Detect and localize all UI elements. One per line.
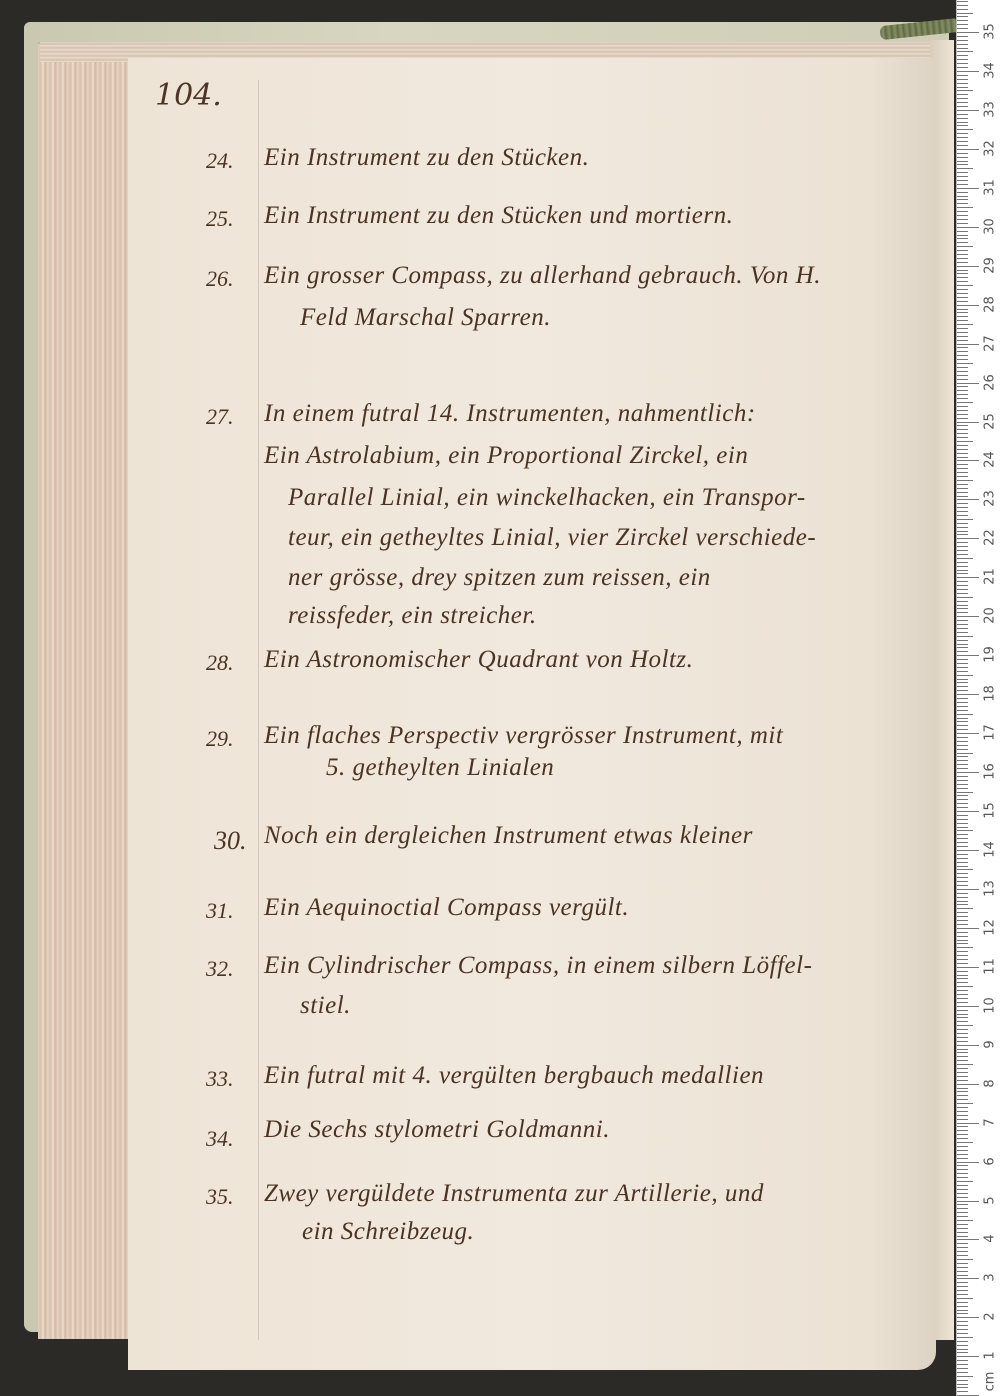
ruler-tick [957, 850, 979, 851]
ruler-tick [957, 133, 968, 134]
ruler-tick [957, 1197, 968, 1198]
ruler-tick [957, 1049, 968, 1050]
ruler-cm-label: 7 [983, 1111, 998, 1133]
ruler-tick [957, 1290, 968, 1291]
ruler-tick [957, 963, 968, 964]
ruler-tick [957, 137, 968, 138]
ruler-tick [957, 246, 973, 247]
entry-number: 35. [206, 1184, 234, 1210]
ruler-tick [957, 612, 968, 613]
ruler-tick [957, 149, 979, 150]
ruler-tick [957, 807, 968, 808]
ruler-tick [957, 1017, 968, 1018]
ruler-tick [957, 90, 973, 91]
ruler-tick [957, 94, 968, 95]
ruler-tick [957, 881, 968, 882]
ruler-tick [957, 1006, 979, 1007]
ruler-cm-label: 24 [983, 449, 998, 471]
ruler-tick [957, 429, 968, 430]
ruler-tick [957, 1099, 968, 1100]
ruler-tick [957, 355, 968, 356]
ruler-tick [957, 616, 979, 617]
ruler-tick [957, 1243, 968, 1244]
ruler-tick [957, 1364, 968, 1365]
ruler-tick [957, 710, 968, 711]
ruler-cm-label: 4 [983, 1228, 998, 1250]
entry-line: 5. getheylten Linialen [326, 754, 554, 782]
ruler-tick [957, 1119, 968, 1120]
ruler-tick [957, 566, 968, 567]
ruler-tick [957, 651, 968, 652]
ruler-cm-label: 13 [983, 877, 998, 899]
entry-number: 34. [206, 1126, 234, 1152]
ruler-tick [957, 959, 968, 960]
ruler-tick [957, 1255, 968, 1256]
ruler-tick [957, 1298, 973, 1299]
ruler-tick [957, 581, 968, 582]
ruler-tick [957, 422, 979, 423]
ruler-tick [957, 1111, 968, 1112]
entry-number: 25. [206, 206, 234, 232]
ruler-tick [957, 312, 968, 313]
ruler-tick [957, 1056, 968, 1057]
ruler-tick [957, 737, 968, 738]
ruler-tick [957, 48, 968, 49]
ruler-tick [957, 499, 979, 500]
ruler-tick [957, 830, 973, 831]
ruler-tick [957, 1162, 979, 1163]
ruler-cm-label: 32 [983, 137, 998, 159]
ruler-tick [957, 227, 979, 228]
ruler-tick [957, 118, 968, 119]
ruler-cm-label: 1 [983, 1345, 998, 1367]
ruler-cm-label: 28 [983, 293, 998, 315]
ruler-tick [957, 1165, 968, 1166]
ruler-tick [957, 1204, 968, 1205]
ruler-tick [957, 1084, 979, 1085]
ruler-tick [957, 943, 968, 944]
ruler-tick [957, 1208, 968, 1209]
ruler-tick [957, 998, 968, 999]
ruler-tick [957, 484, 968, 485]
ruler-tick [957, 624, 968, 625]
ruler-tick [957, 476, 968, 477]
ruler-tick [957, 994, 968, 995]
ruler-tick [957, 585, 968, 586]
ruler-tick [957, 129, 973, 130]
ruler-tick [957, 694, 979, 695]
ruler-tick [957, 1, 968, 2]
ruler-tick [957, 266, 979, 267]
ruler-tick [957, 951, 968, 952]
ruler-tick [957, 1068, 968, 1069]
entry-number: 27. [206, 404, 234, 430]
margin-rule [258, 80, 259, 1340]
ruler-tick [957, 632, 968, 633]
ruler-tick [957, 803, 968, 804]
ruler-tick [957, 351, 968, 352]
ruler-tick [957, 316, 968, 317]
ruler-tick [957, 63, 968, 64]
cm-scale-ruler: cm 3534333231302928272625242322212019181… [956, 0, 1000, 1396]
ruler-tick [957, 1376, 973, 1377]
ruler-tick [957, 725, 968, 726]
ruler-tick [957, 1313, 968, 1314]
ruler-tick [957, 168, 973, 169]
folio-number: 104. [155, 78, 222, 113]
ruler-tick [957, 336, 968, 337]
ruler-tick [957, 207, 973, 208]
ruler-tick [957, 577, 979, 578]
ruler-tick [957, 445, 968, 446]
ruler-tick [957, 383, 979, 384]
ruler-tick [957, 122, 968, 123]
ruler-tick [957, 1181, 973, 1182]
entry-number: 26. [206, 266, 234, 292]
ruler-tick [957, 718, 968, 719]
ruler-tick [957, 1306, 968, 1307]
ruler-tick [957, 480, 973, 481]
ruler-tick [957, 842, 968, 843]
ruler-tick [957, 873, 968, 874]
entry-line: Ein Instrument zu den Stücken und mortie… [264, 202, 733, 230]
ruler-tick [957, 199, 968, 200]
ruler-tick [957, 640, 968, 641]
ruler-tick [957, 1138, 968, 1139]
ruler-tick [957, 441, 973, 442]
ruler-tick [957, 784, 968, 785]
ruler-tick [957, 1380, 968, 1381]
ruler-cm-label: 34 [983, 59, 998, 81]
ruler-tick [957, 297, 968, 298]
ruler-cm-label: 12 [983, 916, 998, 938]
ruler-tick [957, 114, 968, 115]
ruler-cm-label: 25 [983, 410, 998, 432]
ruler-tick [957, 258, 968, 259]
ruler-tick [957, 636, 973, 637]
ruler-tick [957, 679, 968, 680]
ruler-tick [957, 912, 968, 913]
ruler-tick [957, 211, 968, 212]
ruler-cm-label: 14 [983, 838, 998, 860]
ruler-tick [957, 1041, 968, 1042]
ruler-tick [957, 324, 973, 325]
ruler-tick [957, 686, 968, 687]
ruler-tick [957, 1169, 968, 1170]
entry-line: Ein grosser Compass, zu allerhand gebrau… [264, 262, 821, 290]
ruler-tick [957, 1391, 968, 1392]
ruler-tick [957, 1341, 968, 1342]
entry-line: Ein Aequinoctial Compass vergült. [264, 894, 629, 922]
ruler-tick [957, 655, 979, 656]
ruler-tick [957, 515, 968, 516]
ruler-tick [957, 359, 968, 360]
ruler-tick [957, 819, 968, 820]
ruler-tick [957, 285, 973, 286]
ruler-tick [957, 161, 968, 162]
ruler-tick [957, 1329, 968, 1330]
ruler-tick [957, 386, 968, 387]
ruler-tick [957, 1302, 968, 1303]
ruler-tick [957, 305, 979, 306]
ruler-tick [957, 788, 968, 789]
ruler-tick [957, 9, 968, 10]
ruler-tick [957, 153, 968, 154]
ruler-tick [957, 1158, 968, 1159]
ruler-tick [957, 671, 968, 672]
ruler-tick [957, 1275, 968, 1276]
ruler-cm-label: 30 [983, 215, 998, 237]
ruler-tick [957, 496, 968, 497]
ruler-tick [957, 270, 968, 271]
ruler-tick [957, 1025, 973, 1026]
ruler-tick [957, 157, 968, 158]
ruler-tick [957, 893, 968, 894]
ruler-tick [957, 827, 968, 828]
ruler-tick [957, 20, 968, 21]
ruler-tick [957, 371, 968, 372]
ruler-cm-label: 2 [983, 1306, 998, 1328]
ruler-tick [957, 729, 968, 730]
ruler-tick [957, 1154, 968, 1155]
ruler-tick [957, 340, 968, 341]
ruler-tick [957, 659, 968, 660]
ruler-tick [957, 908, 973, 909]
ruler-tick [957, 1193, 968, 1194]
ruler-tick [957, 975, 968, 976]
ruler-tick [957, 223, 968, 224]
ruler-tick [957, 593, 968, 594]
ruler-tick [957, 106, 968, 107]
ruler-tick [957, 192, 968, 193]
ruler-tick [957, 889, 979, 890]
ruler-tick [957, 745, 968, 746]
entry-line: Ein futral mit 4. vergülten bergbauch me… [264, 1062, 764, 1090]
ruler-tick [957, 869, 973, 870]
ruler-tick [957, 558, 973, 559]
ruler-tick [957, 932, 968, 933]
ruler-tick [957, 1052, 968, 1053]
entry-number: 32. [206, 956, 234, 982]
ruler-tick [957, 682, 968, 683]
ruler-tick [957, 1356, 979, 1357]
ruler-tick [957, 196, 968, 197]
ruler-tick [957, 1228, 968, 1229]
ruler-tick [957, 1103, 973, 1104]
ruler-tick [957, 414, 968, 415]
ruler-tick [957, 507, 968, 508]
ruler-tick [957, 1387, 968, 1388]
ruler-tick [957, 550, 968, 551]
ruler-tick [957, 764, 968, 765]
ruler-tick [957, 1317, 979, 1318]
ruler-tick [957, 1014, 968, 1015]
ruler-tick [957, 320, 968, 321]
ruler-tick [957, 1002, 968, 1003]
ruler-tick [957, 589, 968, 590]
ruler-cm-label: 26 [983, 371, 998, 393]
ruler-tick [957, 978, 968, 979]
ruler-tick [957, 44, 968, 45]
ruler-tick [957, 940, 968, 941]
ruler-tick [957, 924, 968, 925]
ruler-cm-label: 35 [983, 21, 998, 43]
ruler-tick [957, 1064, 973, 1065]
ruler-tick [957, 145, 968, 146]
ruler-tick [957, 971, 968, 972]
ruler-tick [957, 242, 968, 243]
ruler-tick [957, 363, 973, 364]
ruler-cm-label: 6 [983, 1150, 998, 1172]
ruler-tick [957, 203, 968, 204]
entry-line: Ein Astronomischer Quadrant von Holtz. [264, 646, 693, 674]
ruler-unit-label: cm [983, 1371, 998, 1393]
ruler-tick [957, 394, 968, 395]
ruler-tick [957, 180, 968, 181]
ruler-tick [957, 749, 968, 750]
ruler-tick [957, 776, 968, 777]
ruler-tick [957, 231, 968, 232]
ruler-tick [957, 519, 973, 520]
ruler-tick [957, 36, 968, 37]
ruler-tick [957, 780, 968, 781]
ruler-tick [957, 1310, 968, 1311]
ruler-tick [957, 690, 968, 691]
ruler-tick [957, 1080, 968, 1081]
ruler-cm-label: 31 [983, 176, 998, 198]
ruler-tick [957, 546, 968, 547]
ruler-tick [957, 523, 968, 524]
entry-line: Die Sechs stylometri Goldmanni. [264, 1116, 610, 1144]
ruler-tick [957, 815, 968, 816]
ruler-tick [957, 406, 968, 407]
ruler-tick [957, 920, 968, 921]
ruler-tick [957, 188, 979, 189]
entry-line: teur, ein getheyltes Linial, vier Zircke… [288, 524, 816, 552]
ruler-tick [957, 1267, 968, 1268]
ruler-tick [957, 235, 968, 236]
ruler-tick [957, 955, 968, 956]
ruler-cm-label: 21 [983, 566, 998, 588]
ruler-tick [957, 176, 968, 177]
ruler-cm-label: 27 [983, 332, 998, 354]
page-edges-left [38, 42, 130, 1339]
ruler-cm-label: 20 [983, 605, 998, 627]
ruler-tick [957, 698, 968, 699]
ruler-tick [957, 1076, 968, 1077]
ruler-tick [957, 644, 968, 645]
ruler-tick [957, 862, 968, 863]
ruler-tick [957, 573, 968, 574]
ruler-tick [957, 238, 968, 239]
ruler-tick [957, 468, 968, 469]
ruler-tick [957, 141, 968, 142]
ruler-tick [957, 714, 973, 715]
ruler-tick [957, 947, 973, 948]
ruler-tick [957, 967, 979, 968]
ruler-tick [957, 1282, 968, 1283]
ruler-tick [957, 102, 968, 103]
ruler-tick [957, 647, 968, 648]
ruler-tick [957, 1236, 968, 1237]
ruler-tick [957, 75, 968, 76]
ruler-tick [957, 1045, 979, 1046]
ruler-tick [957, 1088, 968, 1089]
entry-number: 29. [206, 726, 234, 752]
ruler-tick [957, 98, 968, 99]
ruler-tick [957, 1123, 979, 1124]
ruler-tick [957, 309, 968, 310]
entry-line: Zwey vergüldete Instrumenta zur Artiller… [264, 1180, 764, 1208]
ruler-tick [957, 425, 968, 426]
ruler-tick [957, 1333, 968, 1334]
ruler-tick [957, 402, 973, 403]
ruler-tick [957, 986, 973, 987]
ruler-tick [957, 503, 968, 504]
ruler-tick [957, 741, 968, 742]
ruler-tick [957, 897, 968, 898]
ruler-tick [957, 1368, 968, 1369]
ruler-tick [957, 866, 968, 867]
ruler-tick [957, 834, 968, 835]
ruler-tick [957, 1177, 968, 1178]
ruler-tick [957, 71, 979, 72]
ruler-tick [957, 433, 968, 434]
entry-line: In einem futral 14. Instrumenten, nahmen… [264, 400, 756, 428]
ruler-cm-label: 11 [983, 955, 998, 977]
ruler-cm-label: 33 [983, 98, 998, 120]
ruler-tick [957, 1115, 968, 1116]
ruler-tick [957, 601, 968, 602]
ruler-tick [957, 398, 968, 399]
ruler-tick [957, 219, 968, 220]
ruler-tick [957, 437, 968, 438]
ruler-tick [957, 87, 968, 88]
ruler-tick [957, 1325, 968, 1326]
ruler-tick [957, 838, 968, 839]
ruler-tick [957, 811, 979, 812]
entry-line: ner grösse, drey spitzen zum reissen, ei… [288, 564, 711, 592]
ruler-tick [957, 1189, 968, 1190]
ruler-tick [957, 570, 968, 571]
ruler-cm-label: 29 [983, 254, 998, 276]
ruler-tick [957, 67, 968, 68]
ruler-tick [957, 562, 968, 563]
ruler-tick [957, 721, 968, 722]
ruler-tick [957, 1278, 979, 1279]
ruler-tick [957, 277, 968, 278]
ruler-tick [957, 527, 968, 528]
ruler-tick [957, 1130, 968, 1131]
ruler-tick [957, 760, 968, 761]
ruler-tick [957, 534, 968, 535]
ruler-tick [957, 823, 968, 824]
ruler-tick [957, 885, 968, 886]
ruler-tick [957, 453, 968, 454]
ruler-tick [957, 464, 968, 465]
ruler-tick [957, 28, 968, 29]
entry-number: 28. [206, 650, 234, 676]
ruler-tick [957, 1091, 968, 1092]
entry-number: 33. [206, 1066, 234, 1092]
ruler-tick [957, 344, 979, 345]
ruler-tick [957, 1321, 968, 1322]
ruler-tick [957, 125, 968, 126]
ruler-cm-label: 3 [983, 1267, 998, 1289]
ruler-tick [957, 1216, 968, 1217]
ruler-cm-label: 5 [983, 1189, 998, 1211]
ruler-tick [957, 460, 979, 461]
